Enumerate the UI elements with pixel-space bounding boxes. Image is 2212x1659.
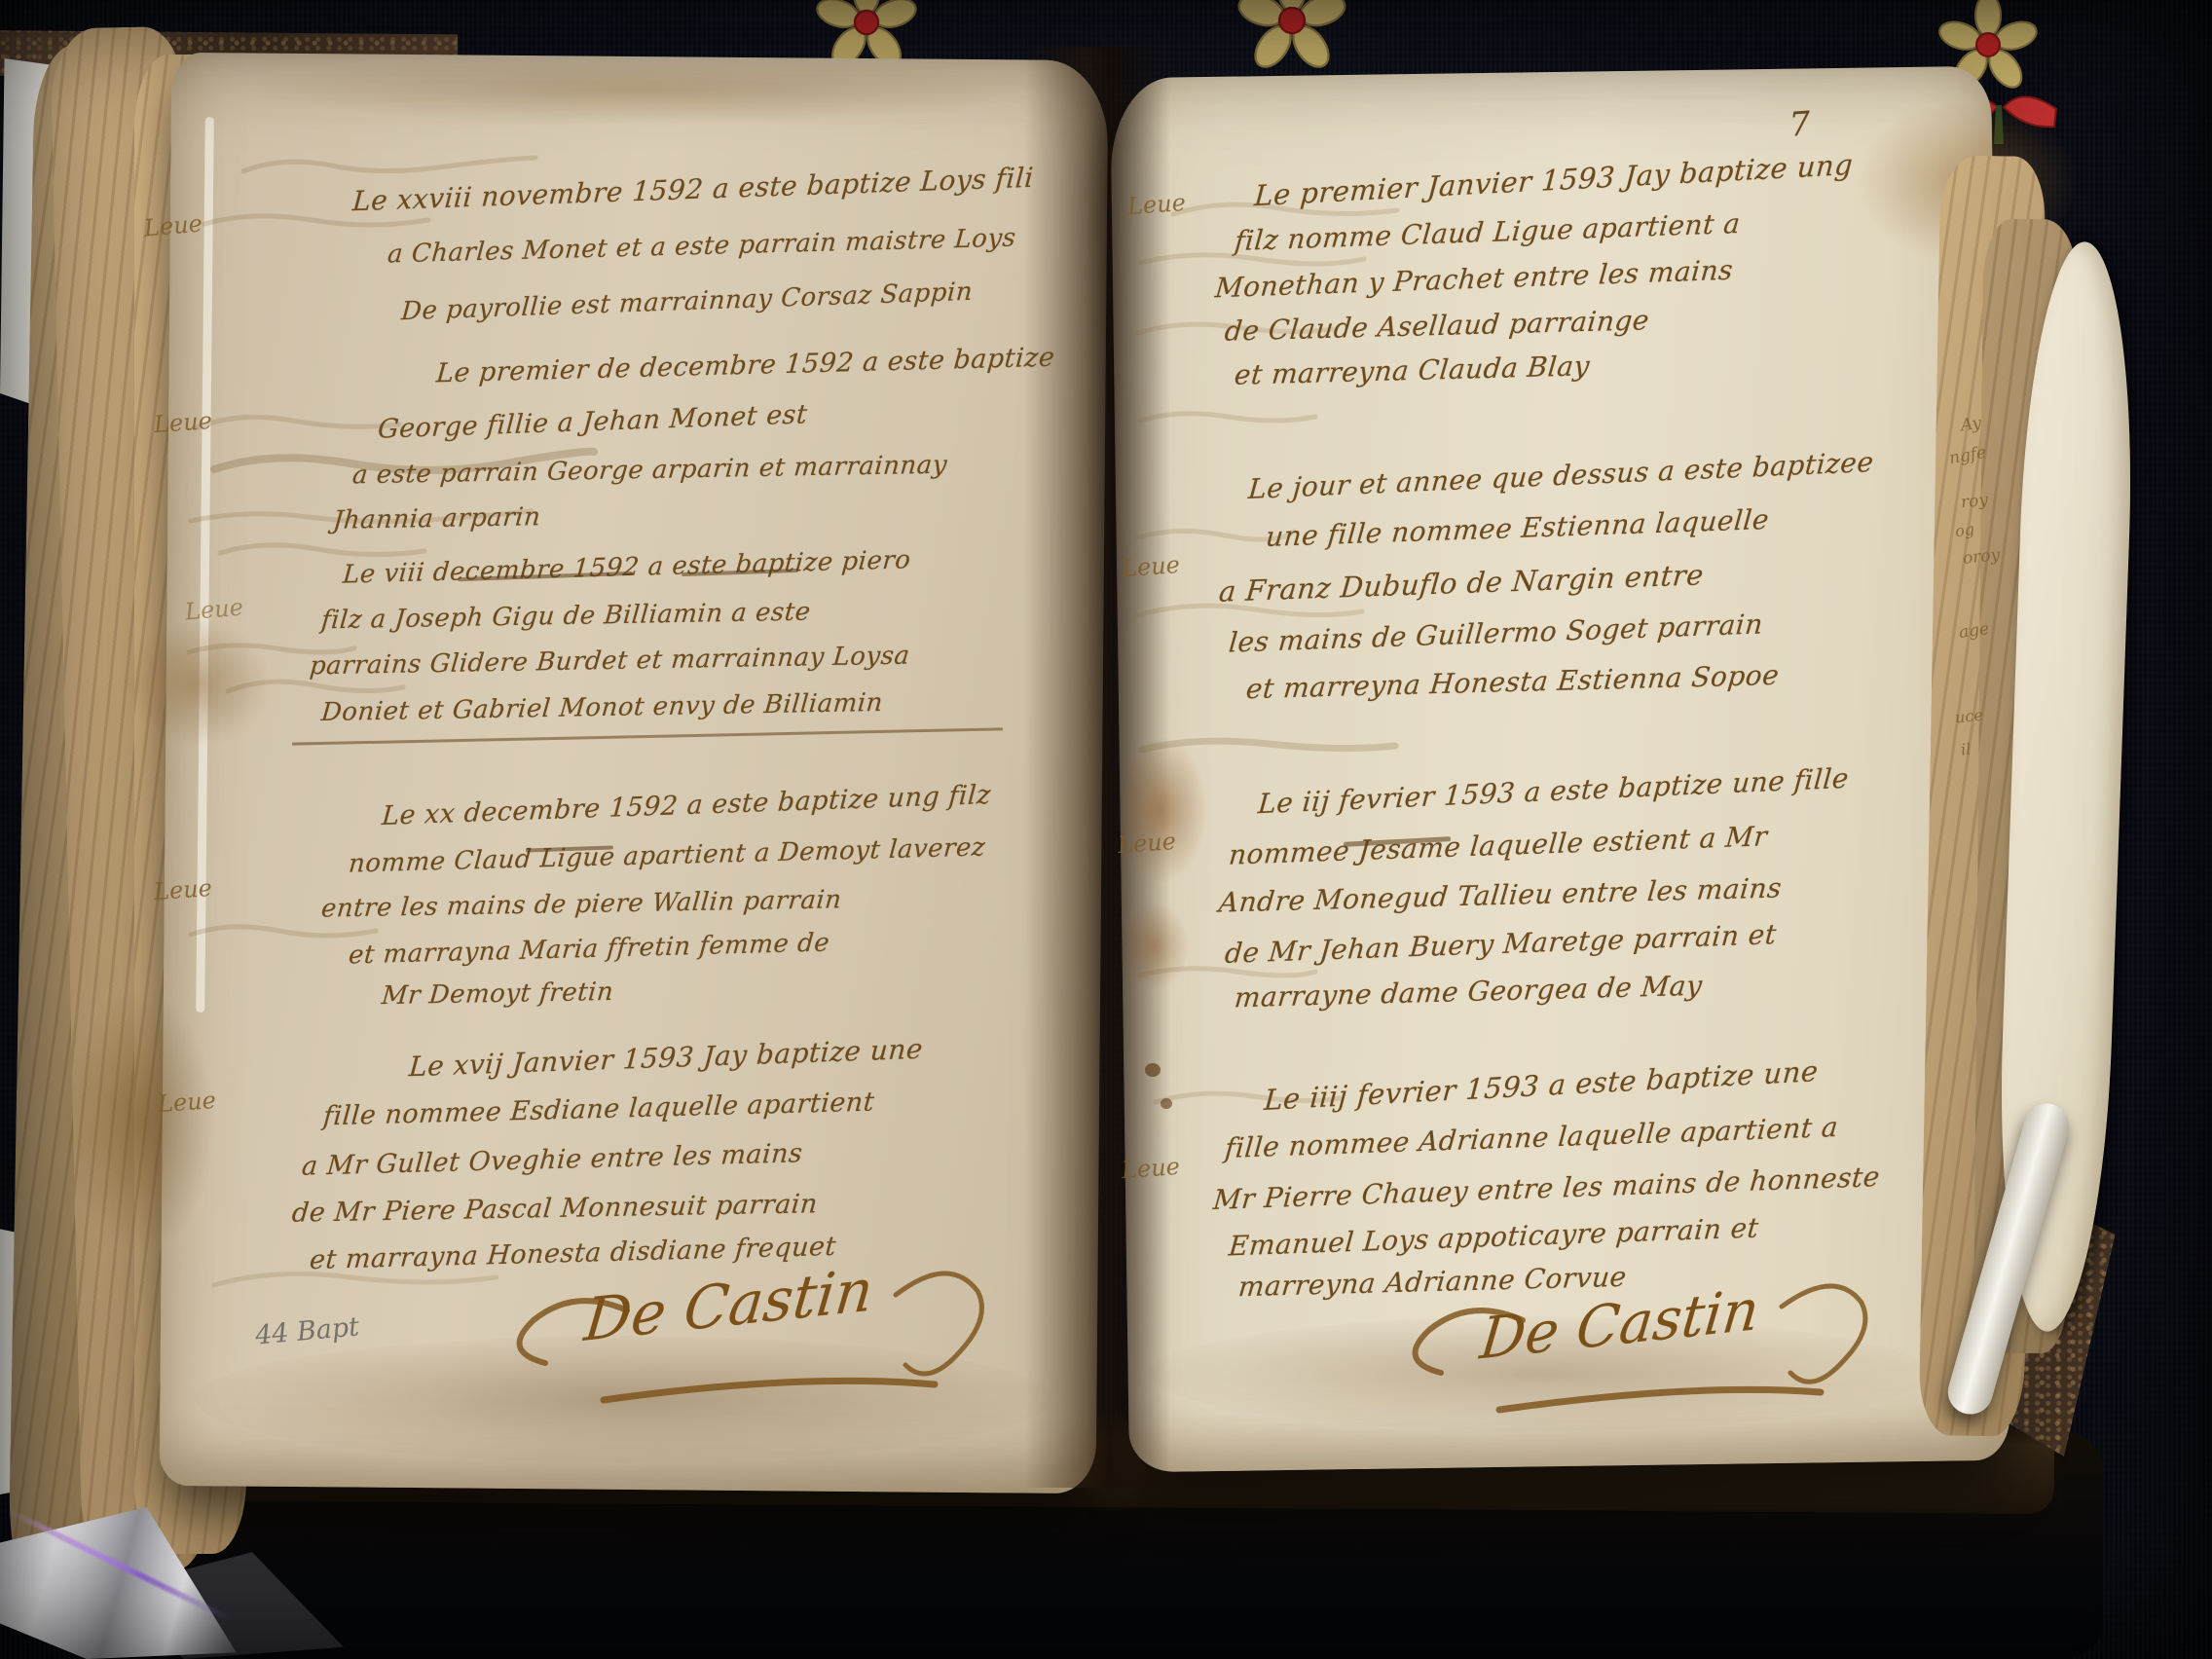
fore-edge-ghost-word: age: [1958, 619, 1991, 643]
margin-note-leue: Leue: [184, 593, 244, 625]
signature-flourish: [1363, 1266, 1908, 1451]
flourish-strokes: [520, 1273, 982, 1400]
embroidered-flower: [1235, 0, 1349, 78]
margin-note-leue: Leue: [1117, 828, 1177, 859]
fore-edge-ghost-word: uce: [1954, 706, 1984, 727]
margin-note-leue: Leue: [143, 209, 203, 241]
manuscript-line: Mr Demoyt fretin: [381, 977, 615, 1011]
manuscript-line: Jhannia arparin: [332, 502, 542, 535]
photo-open-baptismal-register: Leue Le xxviii novembre 1592 a este bapt…: [0, 0, 2212, 1659]
fore-edge-ghost-word: og: [1954, 520, 1975, 541]
flourish-strokes: [1416, 1286, 1865, 1410]
margin-note-leue: Leue: [1121, 1153, 1181, 1184]
margin-note-leue: Leue: [1121, 551, 1181, 582]
margin-note-leue: Leue: [157, 1087, 217, 1118]
signature-flourish: [487, 1246, 1032, 1441]
margin-note-leue: Leue: [1126, 189, 1187, 220]
fore-edge-ghost-word: il: [1960, 740, 1972, 759]
fore-edge-ghost-word: roy: [1960, 491, 1989, 513]
fore-edge-ghost-word: oroy: [1962, 545, 2001, 569]
margin-note-leue: Leue: [153, 407, 213, 438]
page-number: 7: [1788, 104, 1813, 144]
flower-petals: [1235, 0, 1348, 73]
margin-note-leue: Leue: [153, 874, 213, 905]
fore-edge-ghost-word: Ay: [1960, 414, 1983, 436]
